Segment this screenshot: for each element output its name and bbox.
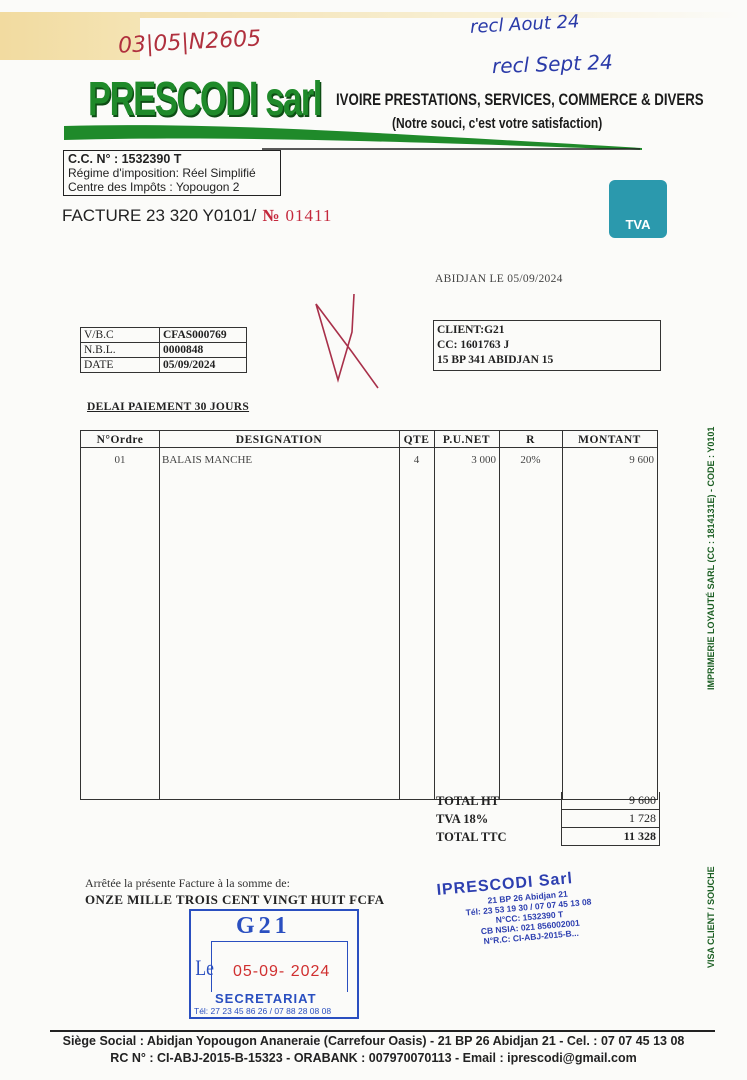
header-pu-net: P.U.NET xyxy=(434,434,499,446)
reference-row: DATE05/09/2024 xyxy=(81,358,247,373)
invoice-title: FACTURE 23 320 Y0101/№01411 xyxy=(62,206,332,226)
footer-address: Siège Social : Abidjan Yopougon Ananerai… xyxy=(0,1034,747,1048)
signature-mark xyxy=(308,292,388,392)
column-divider xyxy=(562,431,563,799)
tax-center: Centre des Impôts : Yopougon 2 xyxy=(68,180,276,194)
reference-value: 05/09/2024 xyxy=(160,358,247,373)
header-montant: MONTANT xyxy=(562,434,657,446)
column-divider xyxy=(399,431,400,799)
invoice-title-text: FACTURE 23 320 Y0101/ xyxy=(62,206,256,225)
totals-labels: TOTAL HT TVA 18% TOTAL TTC xyxy=(436,792,507,846)
company-tagline: IVOIRE PRESTATIONS, SERVICES, COMMERCE &… xyxy=(336,90,704,110)
item-designation: BALAIS MANCHE xyxy=(162,454,252,466)
footer-divider xyxy=(50,1030,715,1032)
stamp-phone: Tél: 27 23 45 86 26 / 07 88 28 08 08 xyxy=(194,1006,331,1016)
client-address: 15 BP 341 ABIDJAN 15 xyxy=(437,353,657,368)
stamp-date: 05-09- 2024 xyxy=(233,963,330,981)
tva-label: TVA 18% xyxy=(436,810,507,828)
handwritten-note-1: recl Aout 24 xyxy=(470,11,580,38)
totals-values: 9 600 1 728 11 328 xyxy=(561,792,660,846)
client-box: CLIENT:G21 CC: 1601763 J 15 BP 341 ABIDJ… xyxy=(433,320,661,371)
header-qte: QTE xyxy=(399,434,434,446)
total-ttc-label: TOTAL TTC xyxy=(436,828,507,846)
column-divider xyxy=(499,431,500,799)
reference-row: V/B.CCFAS000769 xyxy=(81,328,247,343)
column-divider xyxy=(434,431,435,799)
client-reception-stamp: G21 Le 05-09- 2024 SECRETARIAT Tél: 27 2… xyxy=(189,909,359,1019)
printer-info: IMPRIMERIE LOYAUTÉ SARL (CC : 1814131E) … xyxy=(706,427,716,690)
total-ht-value: 9 600 xyxy=(562,792,659,810)
place-date: ABIDJAN LE 05/09/2024 xyxy=(435,273,563,285)
tax-regime: Régime d'imposition: Réel Simplifié xyxy=(68,166,276,180)
client-name: CLIENT:G21 xyxy=(437,323,657,338)
column-divider xyxy=(159,431,160,799)
reference-table: V/B.CCFAS000769 N.B.L.0000848 DATE05/09/… xyxy=(80,327,247,373)
amount-intro: Arrêtée la présente Facture à la somme d… xyxy=(85,876,290,891)
stamp-le: Le xyxy=(195,955,214,981)
item-montant: 9 600 xyxy=(562,454,654,466)
stamp-client-title: G21 xyxy=(236,913,291,940)
amount-in-words: ONZE MILLE TROIS CENT VINGT HUIT FCFA xyxy=(85,892,384,908)
item-ordre: 01 xyxy=(81,454,159,466)
total-ttc-value: 11 328 xyxy=(562,828,659,846)
reference-row: N.B.L.0000848 xyxy=(81,343,247,358)
client-cc: CC: 1601763 J xyxy=(437,338,657,353)
header-designation: DESIGNATION xyxy=(159,434,399,446)
item-r: 20% xyxy=(499,454,562,466)
stamp-department: SECRETARIAT xyxy=(215,991,317,1006)
payment-terms: DELAI PAIEMENT 30 JOURS xyxy=(87,401,249,413)
company-tax-info: C.C. N° : 1532390 T Régime d'imposition:… xyxy=(63,150,281,196)
invoice-number: 01411 xyxy=(285,206,332,225)
reference-label: DATE xyxy=(81,358,160,373)
visa-client-souche: VISA CLIENT / SOUCHE xyxy=(706,866,716,968)
header-r: R xyxy=(499,434,562,446)
reference-value: 0000848 xyxy=(160,343,247,358)
item-qte: 4 xyxy=(399,454,434,466)
invoice-number-label: № xyxy=(262,206,279,225)
handwritten-note-2: recl Sept 24 xyxy=(492,50,614,78)
header-ordre: N°Ordre xyxy=(81,434,159,446)
reference-label: V/B.C xyxy=(81,328,160,343)
cc-number: C.C. N° : 1532390 T xyxy=(68,152,276,166)
header-swoosh xyxy=(62,122,642,152)
tva-badge: TVA xyxy=(609,180,667,238)
total-ht-label: TOTAL HT xyxy=(436,792,507,810)
reference-label: N.B.L. xyxy=(81,343,160,358)
items-table: N°Ordre DESIGNATION QTE P.U.NET R MONTAN… xyxy=(80,430,658,800)
company-stamp: IPRESCODI Sarl 21 BP 26 Abidjan 21 Tél: … xyxy=(436,866,621,949)
tva-value: 1 728 xyxy=(562,810,659,828)
item-pu-net: 3 000 xyxy=(434,454,496,466)
tape-strip-top xyxy=(140,12,740,18)
reference-value: CFAS000769 xyxy=(160,328,247,343)
footer-registration: RC N° : CI-ABJ-2015-B-15323 - ORABANK : … xyxy=(0,1051,747,1065)
company-logo: PRESCODI sarl xyxy=(88,72,321,127)
